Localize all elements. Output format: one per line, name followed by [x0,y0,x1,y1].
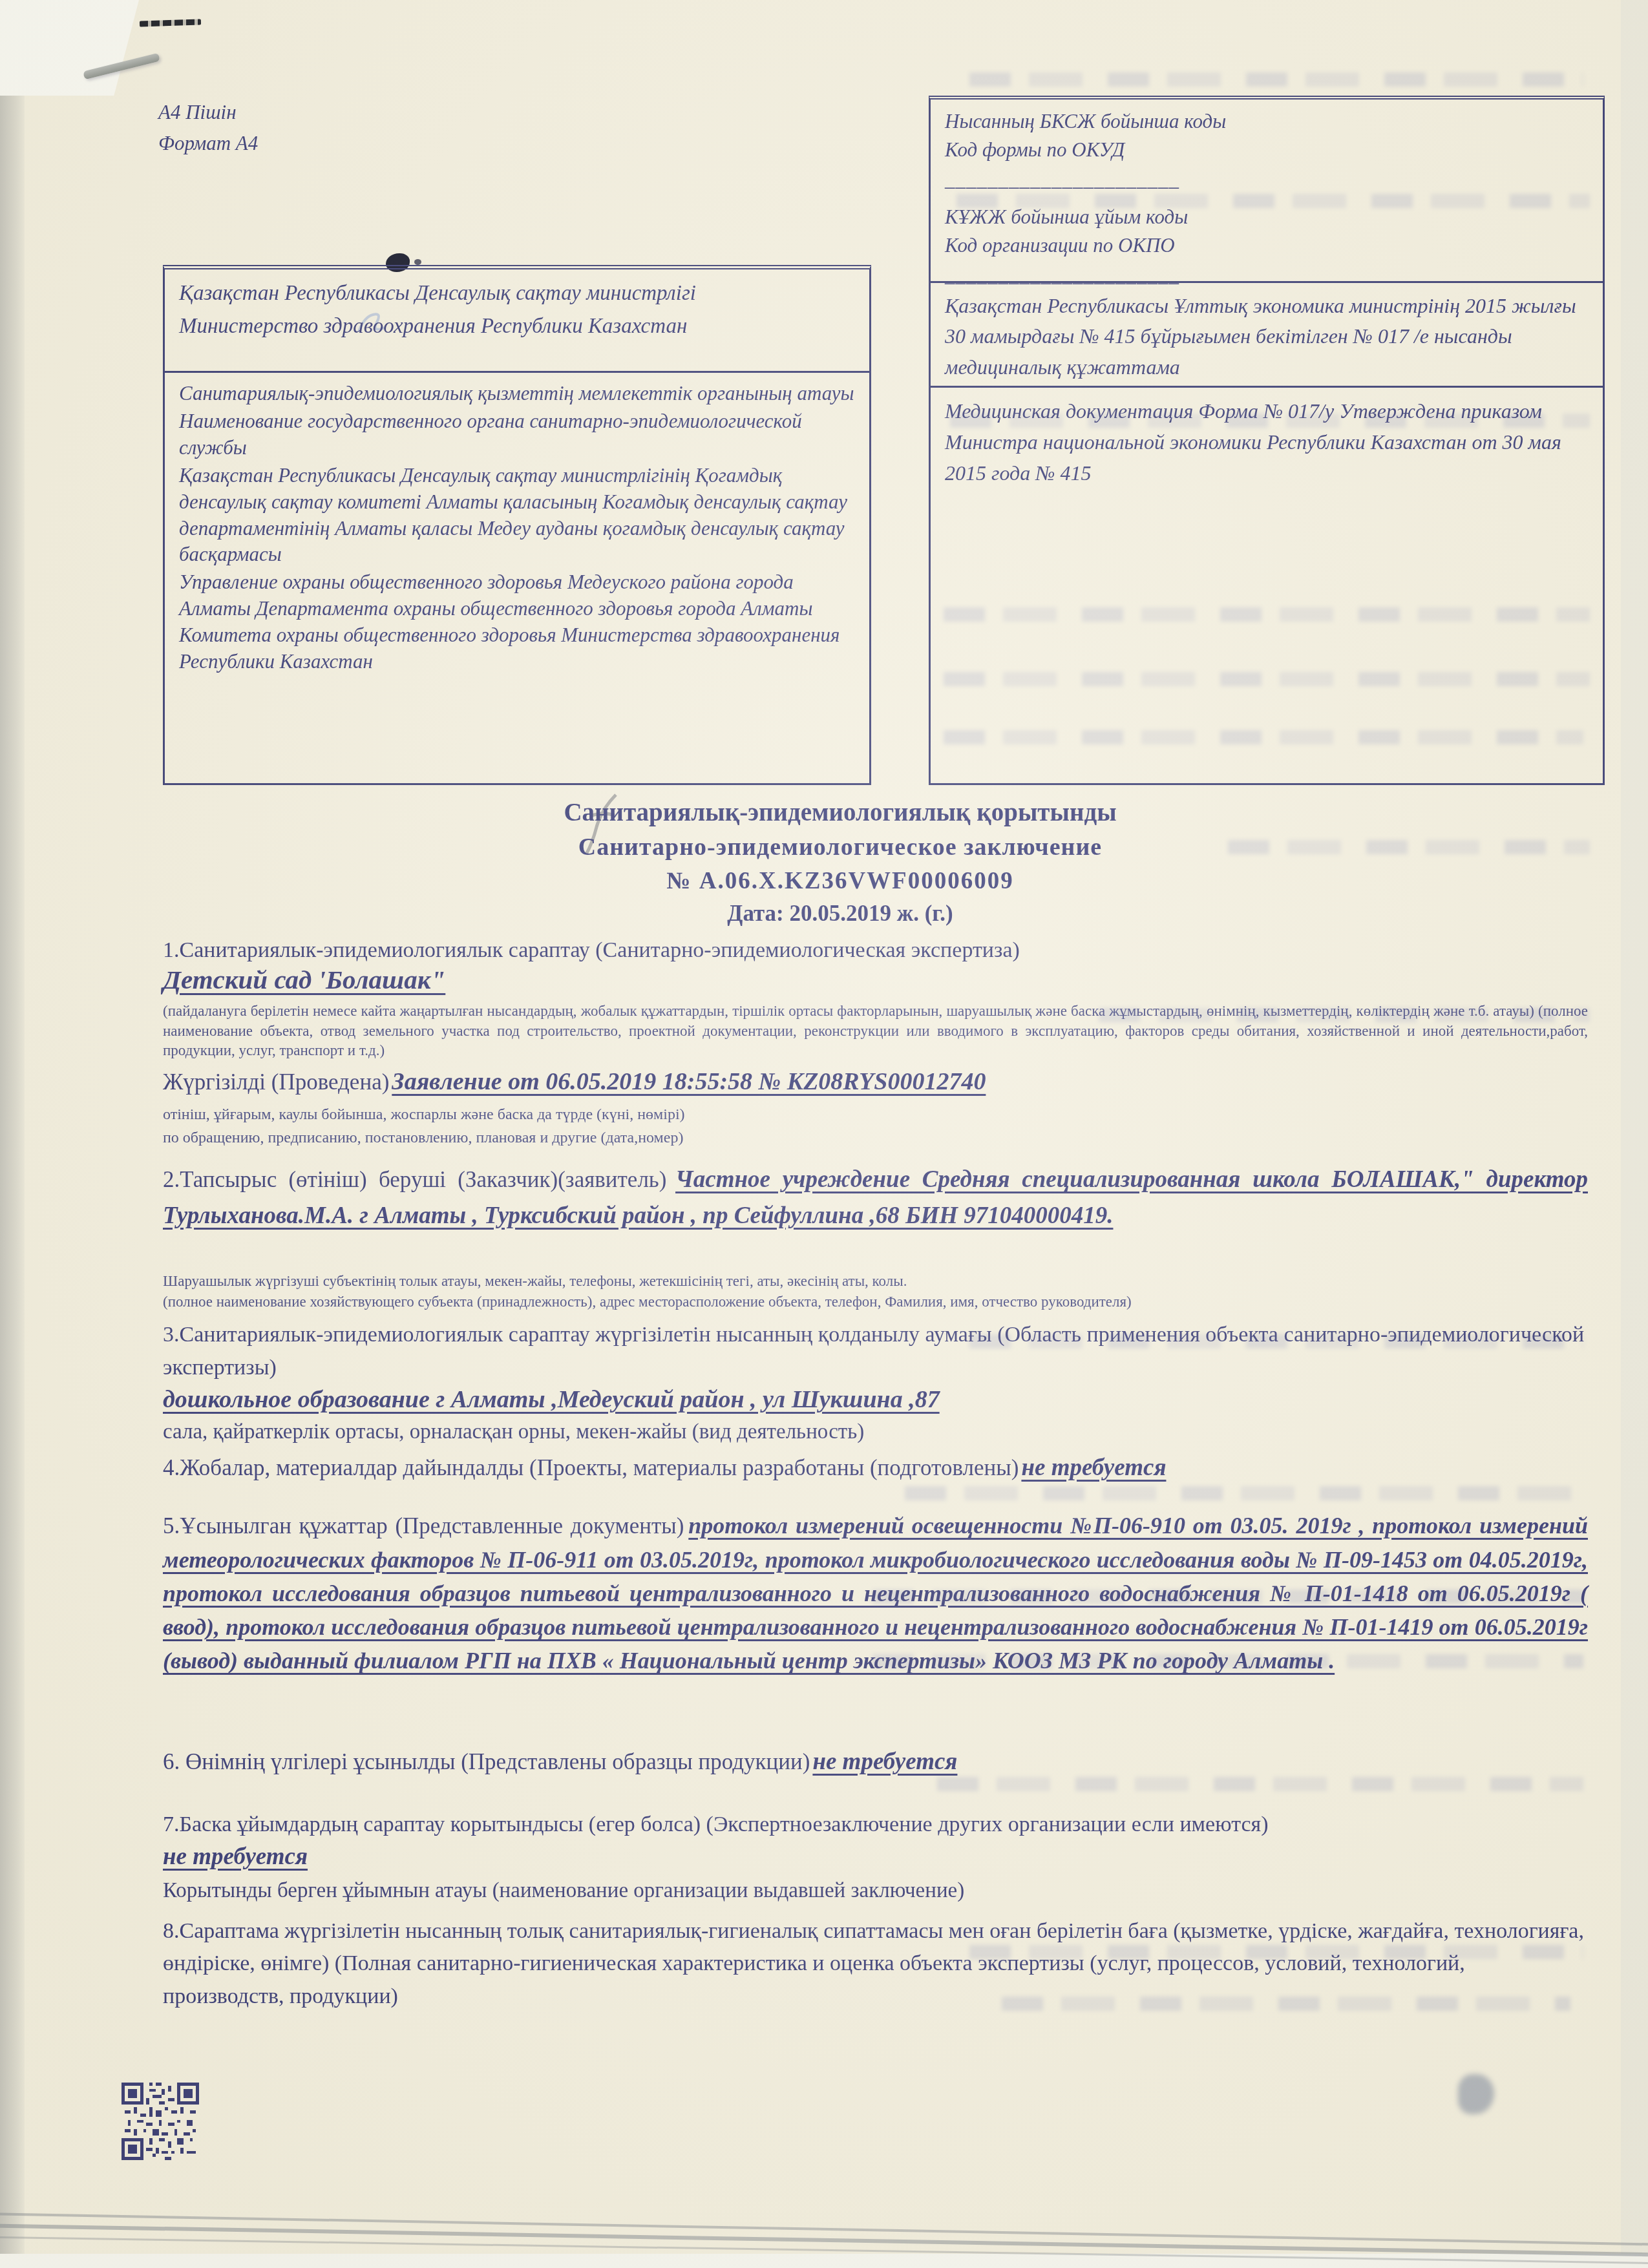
okpo-code-label-kk: КҰЖЖ бойынша ұйым коды [945,203,1589,231]
ink-dot [414,259,421,265]
section6-value: не требуется [812,1748,957,1775]
provedena-value: Заявление от 06.05.2019 18:55:58 № KZ08R… [392,1068,986,1095]
okud-okpo-box: Нысанның БКСЖ бойынша коды Код формы по … [931,100,1603,283]
section1-value: Детский сад 'Болашак" [163,964,1588,995]
ministry-name-kk: Қазақстан Республикасы Денсаулық сақтау … [179,277,855,310]
bleed-through-artifact [969,72,1583,87]
okud-code-label-kk: Нысанның БКСЖ бойынша коды [945,107,1589,136]
page-corner [0,0,139,96]
ink-dash-artifact [140,19,201,26]
medical-documentation-cell: Медицинская документация Форма № 017/у У… [931,388,1603,496]
okud-code-label-ru: Код формы по ОКУД [945,136,1589,164]
section1-note: (пайдалануга берілетін немесе кайта жаңа… [163,1002,1588,1061]
provedena-line: Жүргізілді (Проведена) Заявление от 06.0… [163,1067,1588,1096]
section3-note: сала, қайраткерлік ортасы, орналасқан ор… [163,1420,1588,1444]
scan-edge-right [1621,0,1648,2255]
section5-label: 5.Ұсынылган құжаттар (Представленные док… [163,1513,684,1538]
bleed-through-artifact [905,1486,1583,1500]
section1-label: 1.Санитариялык-эпидемиологиялык сараптау… [163,934,1588,967]
section7-label: 7.Баска ұйымдардың сараптау корытындысы … [163,1808,1588,1841]
table-right-column: Нысанның БКСЖ бойынша коды Код формы по … [929,96,1605,785]
section5: 5.Ұсынылган құжаттар (Представленные док… [163,1509,1588,1678]
title-ru: Санитарно-эпидемиологическое заключение [194,833,1486,861]
organ-label-kk: Санитариялық-эпидемиологиялық қызметтің … [179,381,855,407]
section2-note-ru: (полное наименование хозяйствующего субъ… [163,1292,1588,1312]
section7-after: Корытынды берген ұйымнын атауы (наименов… [163,1879,1588,1903]
section2-label: 2.Тапсырыс (өтініш) беруші (Заказчик)(за… [163,1167,666,1192]
section3-value: дошкольное образование г Алматы ,Медеуск… [163,1385,1588,1414]
title-kk: Санитариялық-эпидемиологиялық қорытынды [194,798,1486,827]
ministry-header-cell: Қазақстан Республикасы Денсаулық сақтау … [165,269,869,373]
document-number: № А.06.Х.KZ36VWF00006009 [194,867,1486,895]
scan-edge-left [0,0,25,2255]
section6: 6. Өнімнің үлгілері ұсынылды (Представле… [163,1748,1588,1776]
provedena-note-ru: по обращению, предписанию, постановлению… [163,1129,1588,1147]
format-label-kk: А4 Пішін [158,97,258,128]
provedena-label: Жүргізілді (Проведена) [163,1069,389,1095]
scan-edge-bottom [0,2254,1648,2268]
approval-order-cell: Қазақстан Республикасы Ұлттық экономика … [931,283,1603,388]
state-organ-cell: Санитариялық-эпидемиологиялық қызметтің … [165,373,869,684]
qr-code [121,2077,199,2166]
section4-value: не требуется [1021,1454,1166,1481]
okud-code-blank: ______________________ [945,165,1589,194]
section2-note-kk: Шаруашылык жүргізуші субъектінің толык а… [163,1272,1588,1292]
section8-label: 8.Сараптама жүргізілетін нысанның толық … [163,1915,1588,2013]
organ-label-ru: Наименование государственного органа сан… [179,408,855,461]
section3-label: 3.Санитариялык-эпидемиологиялык сараптау… [163,1318,1588,1384]
document-title: Санитариялық-эпидемиологиялық қорытынды … [194,798,1486,927]
bleed-through-artifact [937,1777,1583,1791]
section6-label: 6. Өнімнің үлгілері ұсынылды (Представле… [163,1749,810,1774]
format-label: А4 Пішін Формат А4 [158,97,258,159]
okpo-code-label-ru: Код организации по ОКПО [945,231,1589,260]
ministry-name-ru: Министерство здравоохранения Республики … [179,310,855,343]
section2: 2.Тапсырыс (өтініш) беруші (Заказчик)(за… [163,1162,1588,1234]
format-label-ru: Формат А4 [158,128,258,159]
pencil-smudge [1458,2074,1494,2114]
table-left-column: Қазақстан Республикасы Денсаулық сақтау … [163,265,871,785]
section4-label: 4.Жобалар, материалдар дайындалды (Проек… [163,1455,1019,1480]
document-date: Дата: 20.05.2019 ж. (г.) [194,901,1486,927]
organ-name-kk: Қазақстан Республикасы Денсаулық сақтау … [179,463,855,569]
scanned-document-page: А4 Пішін Формат А4 Нысанның БКСЖ бойынша… [0,0,1648,2268]
section4: 4.Жобалар, материалдар дайындалды (Проек… [163,1454,1588,1482]
section7-value: не требуется [163,1843,1588,1871]
organ-name-ru: Управление охраны общественного здоровья… [179,569,855,675]
provedena-note-kk: отініш, ұйғарым, каулы бойынша, жоспарлы… [163,1106,1588,1124]
